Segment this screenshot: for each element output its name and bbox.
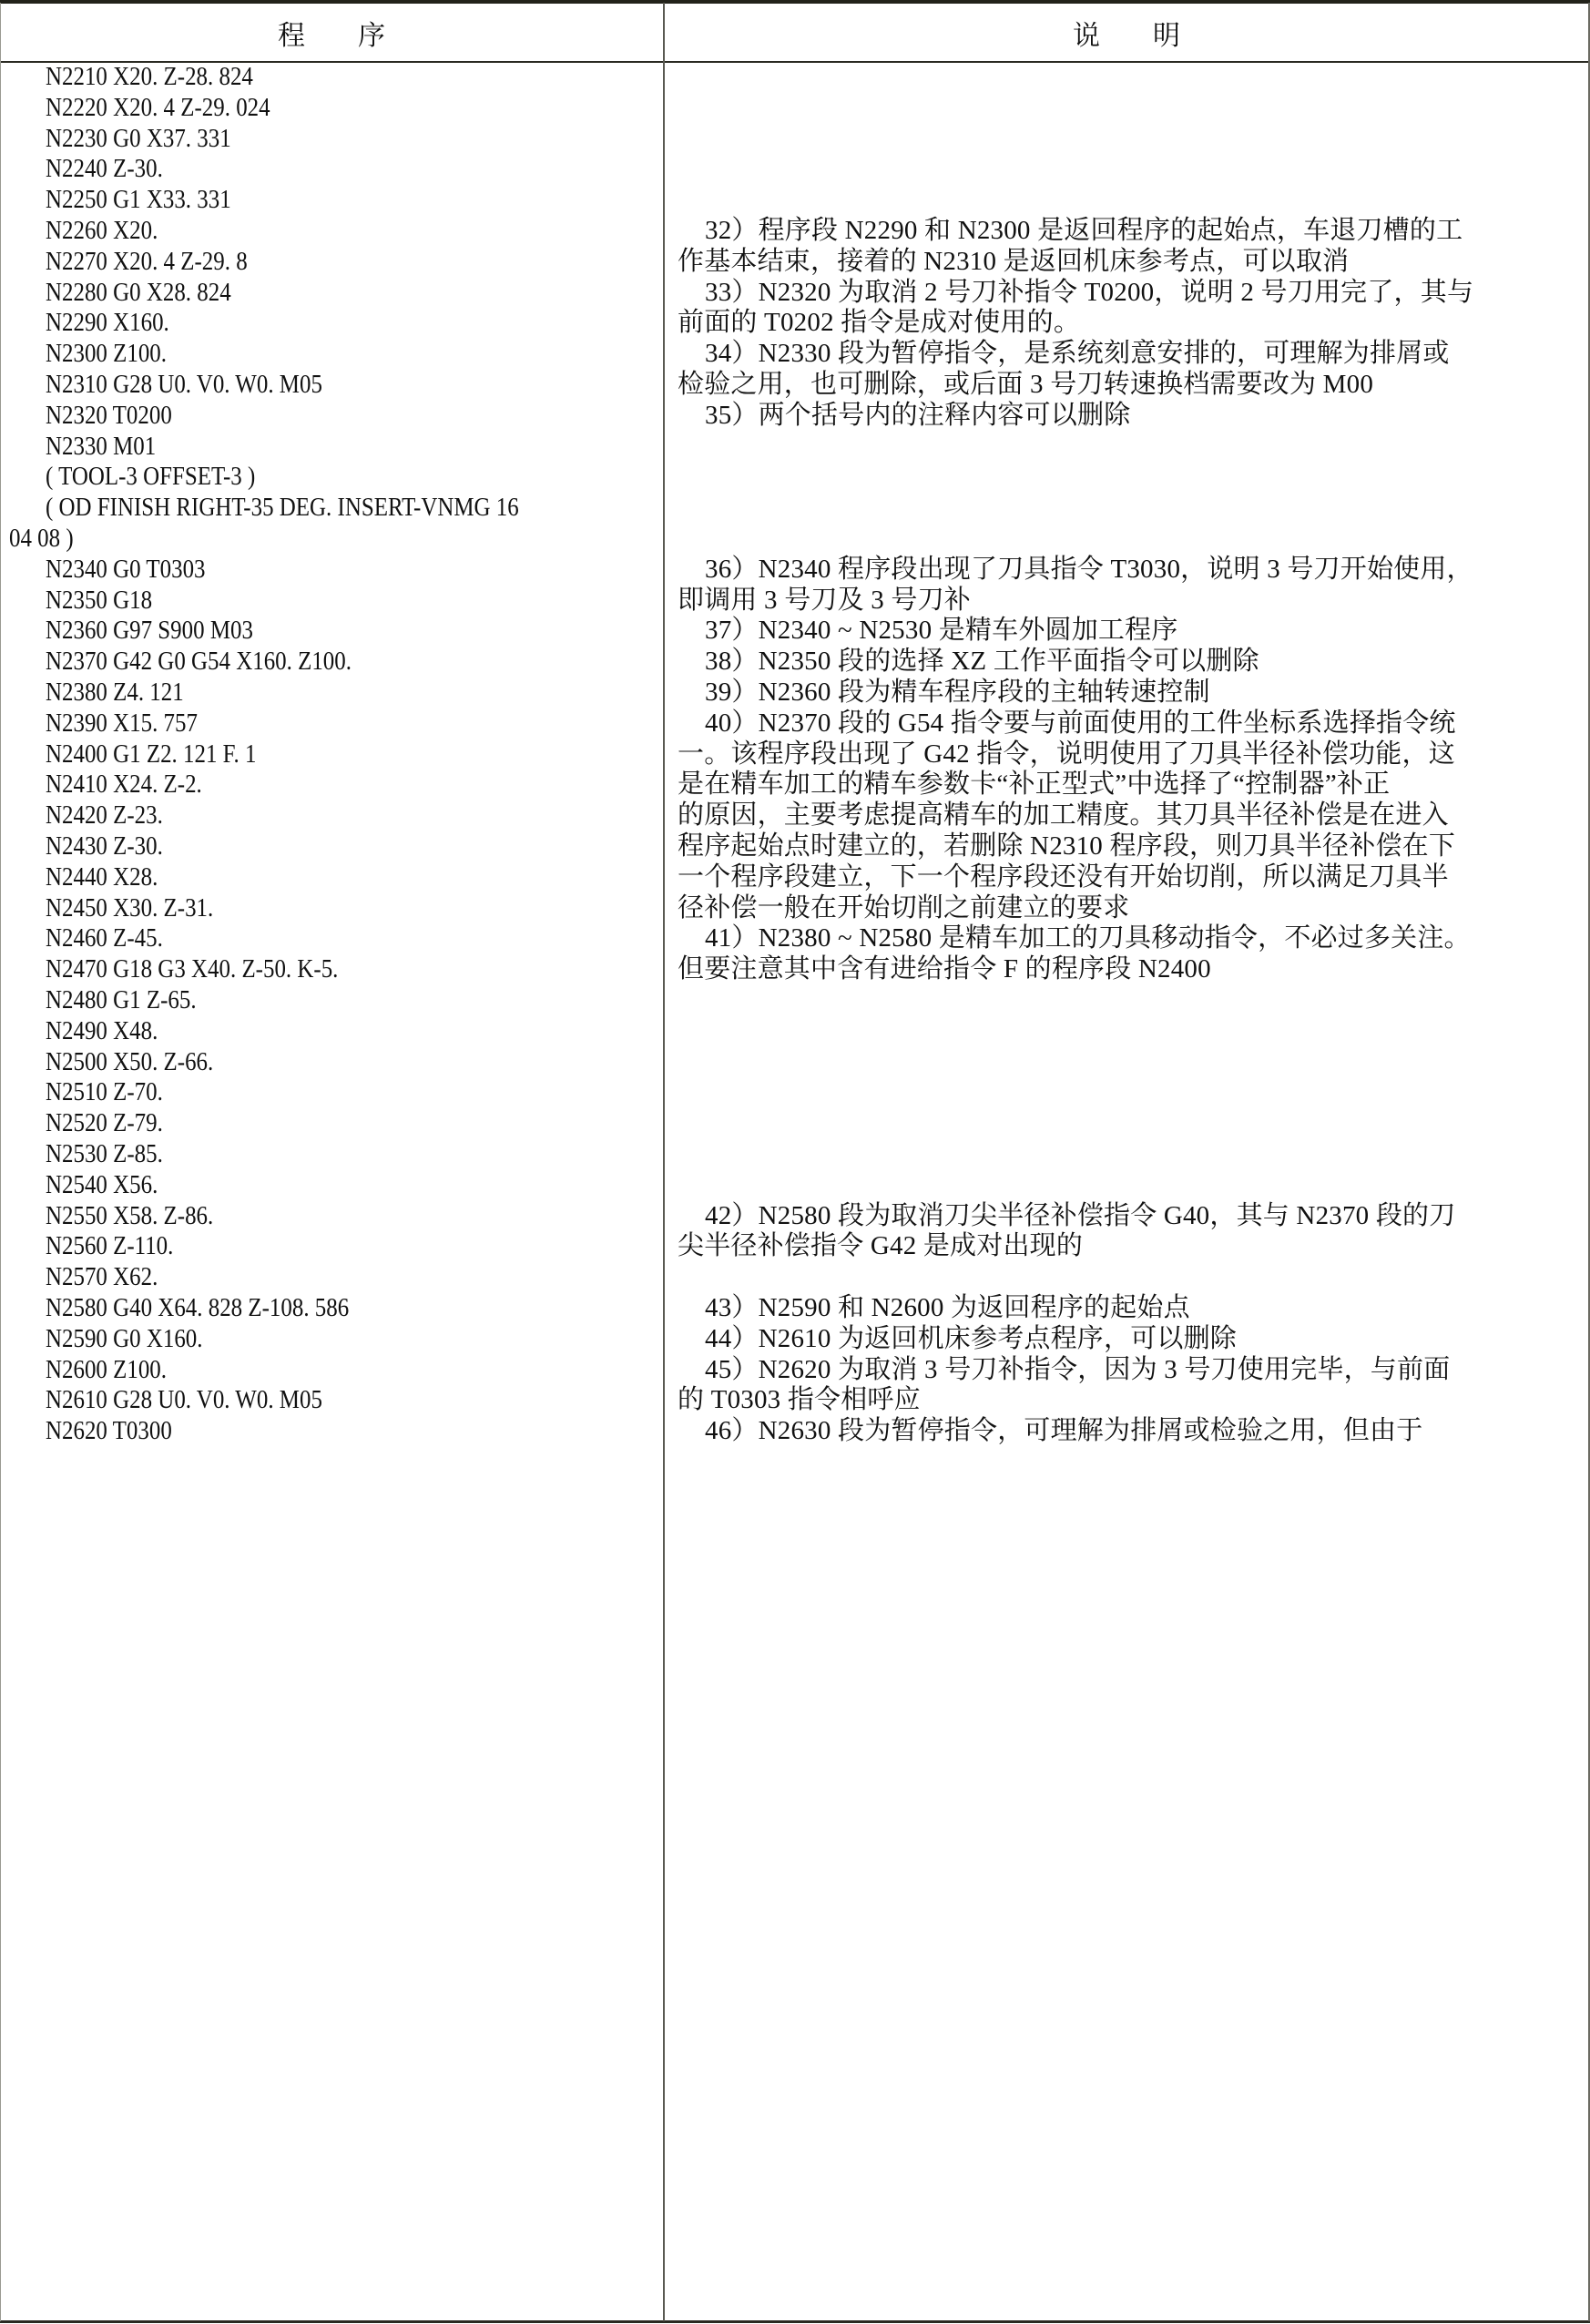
explanation-line: 46）N2630 段为暂停指令，可理解为排屑或检验之用，但由于 <box>705 1415 1422 1446</box>
program-line: N2580 G40 X64. 828 Z-108. 586 <box>46 1292 349 1323</box>
explanation-line: 38）N2350 段的选择 XZ 工作平面指令可以删除 <box>705 646 1259 677</box>
header-char: 程 <box>278 13 305 53</box>
explanation-line: 44）N2610 为返回机床参考点程序，可以删除 <box>705 1323 1237 1354</box>
header-char: 明 <box>1153 13 1180 53</box>
program-line: N2550 X58. Z-86. <box>46 1200 213 1231</box>
program-line: N2210 X20. Z-28. 824 <box>46 61 253 92</box>
program-line: N2370 G42 G0 G54 X160. Z100. <box>46 646 352 677</box>
program-line: N2570 X62. <box>46 1261 158 1292</box>
explanation-line: 43）N2590 和 N2600 为返回程序的起始点 <box>705 1292 1190 1323</box>
program-line: N2430 Z-30. <box>46 831 163 861</box>
program-line: ( OD FINISH RIGHT-35 DEG. INSERT-VNMG 16 <box>46 492 519 523</box>
program-line: N2620 T0300 <box>46 1415 172 1446</box>
explanation-line: 42）N2580 段为取消刀尖半径补偿指令 G40，其与 N2370 段的刀 <box>705 1200 1455 1231</box>
program-line: N2350 G18 <box>46 585 152 616</box>
header-char: 说 <box>1073 13 1100 53</box>
program-line: N2400 G1 Z2. 121 F. 1 <box>46 739 256 770</box>
explanation-line: 尖半径补偿指令 G42 是成对出现的 <box>678 1230 1083 1261</box>
explanation-line: 是在精车加工的精车参数卡“补正型式”中选择了“控制器”补正 <box>678 769 1390 800</box>
explanation-line: 径补偿一般在开始切削之前建立的要求 <box>678 892 1129 923</box>
program-line: 04 08 ) <box>9 523 74 554</box>
program-line: N2520 Z-79. <box>46 1107 163 1138</box>
program-line: N2240 Z-30. <box>46 153 163 184</box>
program-line: N2410 X24. Z-2. <box>46 769 202 800</box>
program-line: N2330 M01 <box>46 431 156 462</box>
program-line: N2290 X160. <box>46 307 169 338</box>
program-line: N2530 Z-85. <box>46 1138 163 1169</box>
explanation-line: 检验之用，也可删除，或后面 3 号刀转速换档需要改为 M00 <box>678 369 1373 400</box>
program-line: N2260 X20. <box>46 215 158 246</box>
explanation-line: 33）N2320 为取消 2 号刀补指令 T0200，说明 2 号刀用完了，其与 <box>705 277 1473 308</box>
program-line: N2300 Z100. <box>46 338 167 369</box>
program-line: N2220 X20. 4 Z-29. 024 <box>46 92 270 123</box>
program-line: N2470 G18 G3 X40. Z-50. K-5. <box>46 953 338 984</box>
explanation-line: 一。该程序段出现了 G42 指令，说明使用了刀具半径补偿功能，这 <box>678 739 1455 770</box>
column-header-explanation: 说 明 <box>665 4 1588 61</box>
explanation-line: 前面的 T0202 指令是成对使用的。 <box>678 307 1080 338</box>
program-line: N2490 X48. <box>46 1015 158 1046</box>
header-char: 序 <box>358 13 385 53</box>
program-line: N2540 X56. <box>46 1169 158 1200</box>
program-explanation-table: 程 序 说 明 N2210 X20. Z-28. 824N2220 X20. 4… <box>0 0 1590 2324</box>
explanation-line: 37）N2340 ~ N2530 是精车外圆加工程序 <box>705 615 1178 646</box>
explanation-line: 即调用 3 号刀及 3 号刀补 <box>678 585 971 616</box>
program-line: N2380 Z4. 121 <box>46 677 184 708</box>
column-header-program: 程 序 <box>0 4 663 61</box>
explanation-line: 32）程序段 N2290 和 N2300 是返回程序的起始点，车退刀槽的工 <box>705 215 1463 246</box>
program-line: N2390 X15. 757 <box>46 708 198 739</box>
explanation-line: 41）N2380 ~ N2580 是精车加工的刀具移动指令，不必过多关注。 <box>705 922 1471 953</box>
program-line: N2420 Z-23. <box>46 800 163 831</box>
program-line: N2320 T0200 <box>46 400 172 431</box>
program-line: N2340 G0 T0303 <box>46 554 206 585</box>
explanation-line: 的 T0303 指令相呼应 <box>678 1384 921 1415</box>
explanation-line: 45）N2620 为取消 3 号刀补指令，因为 3 号刀使用完毕，与前面 <box>705 1354 1450 1385</box>
program-line: N2450 X30. Z-31. <box>46 892 213 923</box>
program-line: N2560 Z-110. <box>46 1230 173 1261</box>
program-line: N2600 Z100. <box>46 1354 167 1385</box>
program-line: ( TOOL-3 OFFSET-3 ) <box>46 461 255 492</box>
program-line: N2250 G1 X33. 331 <box>46 184 231 215</box>
program-line: N2440 X28. <box>46 861 158 892</box>
explanation-line: 但要注意其中含有进给指令 F 的程序段 N2400 <box>678 953 1211 984</box>
program-line: N2280 G0 X28. 824 <box>46 277 231 308</box>
program-line: N2610 G28 U0. V0. W0. M05 <box>46 1384 322 1415</box>
explanation-line: 36）N2340 程序段出现了刀具指令 T3030，说明 3 号刀开始使用， <box>705 554 1473 585</box>
program-line: N2310 G28 U0. V0. W0. M05 <box>46 369 322 400</box>
program-line: N2500 X50. Z-66. <box>46 1046 213 1077</box>
table-left-border <box>0 3 1 2321</box>
explanation-line: 程序起始点时建立的，若删除 N2310 程序段，则刀具半径补偿在下 <box>678 831 1455 861</box>
program-line: N2460 Z-45. <box>46 922 163 953</box>
explanation-line: 一个程序段建立，下一个程序段还没有开始切削，所以满足刀具半 <box>678 861 1449 892</box>
program-line: N2230 G0 X37. 331 <box>46 123 231 154</box>
table-bottom-rule <box>0 2320 1590 2323</box>
explanation-line: 40）N2370 段的 G54 指令要与前面使用的工件坐标系选择指令统 <box>705 708 1456 739</box>
program-line: N2510 Z-70. <box>46 1076 163 1107</box>
program-line: N2480 G1 Z-65. <box>46 984 197 1015</box>
explanation-line: 作基本结束，接着的 N2310 是返回机床参考点，可以取消 <box>678 246 1349 277</box>
program-line: N2270 X20. 4 Z-29. 8 <box>46 246 248 277</box>
program-line: N2590 G0 X160. <box>46 1323 203 1354</box>
program-line: N2360 G97 S900 M03 <box>46 615 253 646</box>
explanation-line: 39）N2360 段为精车程序段的主轴转速控制 <box>705 677 1210 708</box>
explanation-line: 34）N2330 段为暂停指令，是系统刻意安排的，可理解为排屑或 <box>705 338 1450 369</box>
explanation-line: 的原因，主要考虑提高精车的加工精度。其刀具半径补偿是在进入 <box>678 800 1449 831</box>
column-divider <box>663 3 665 2321</box>
explanation-line: 35）两个括号内的注释内容可以删除 <box>705 400 1130 431</box>
